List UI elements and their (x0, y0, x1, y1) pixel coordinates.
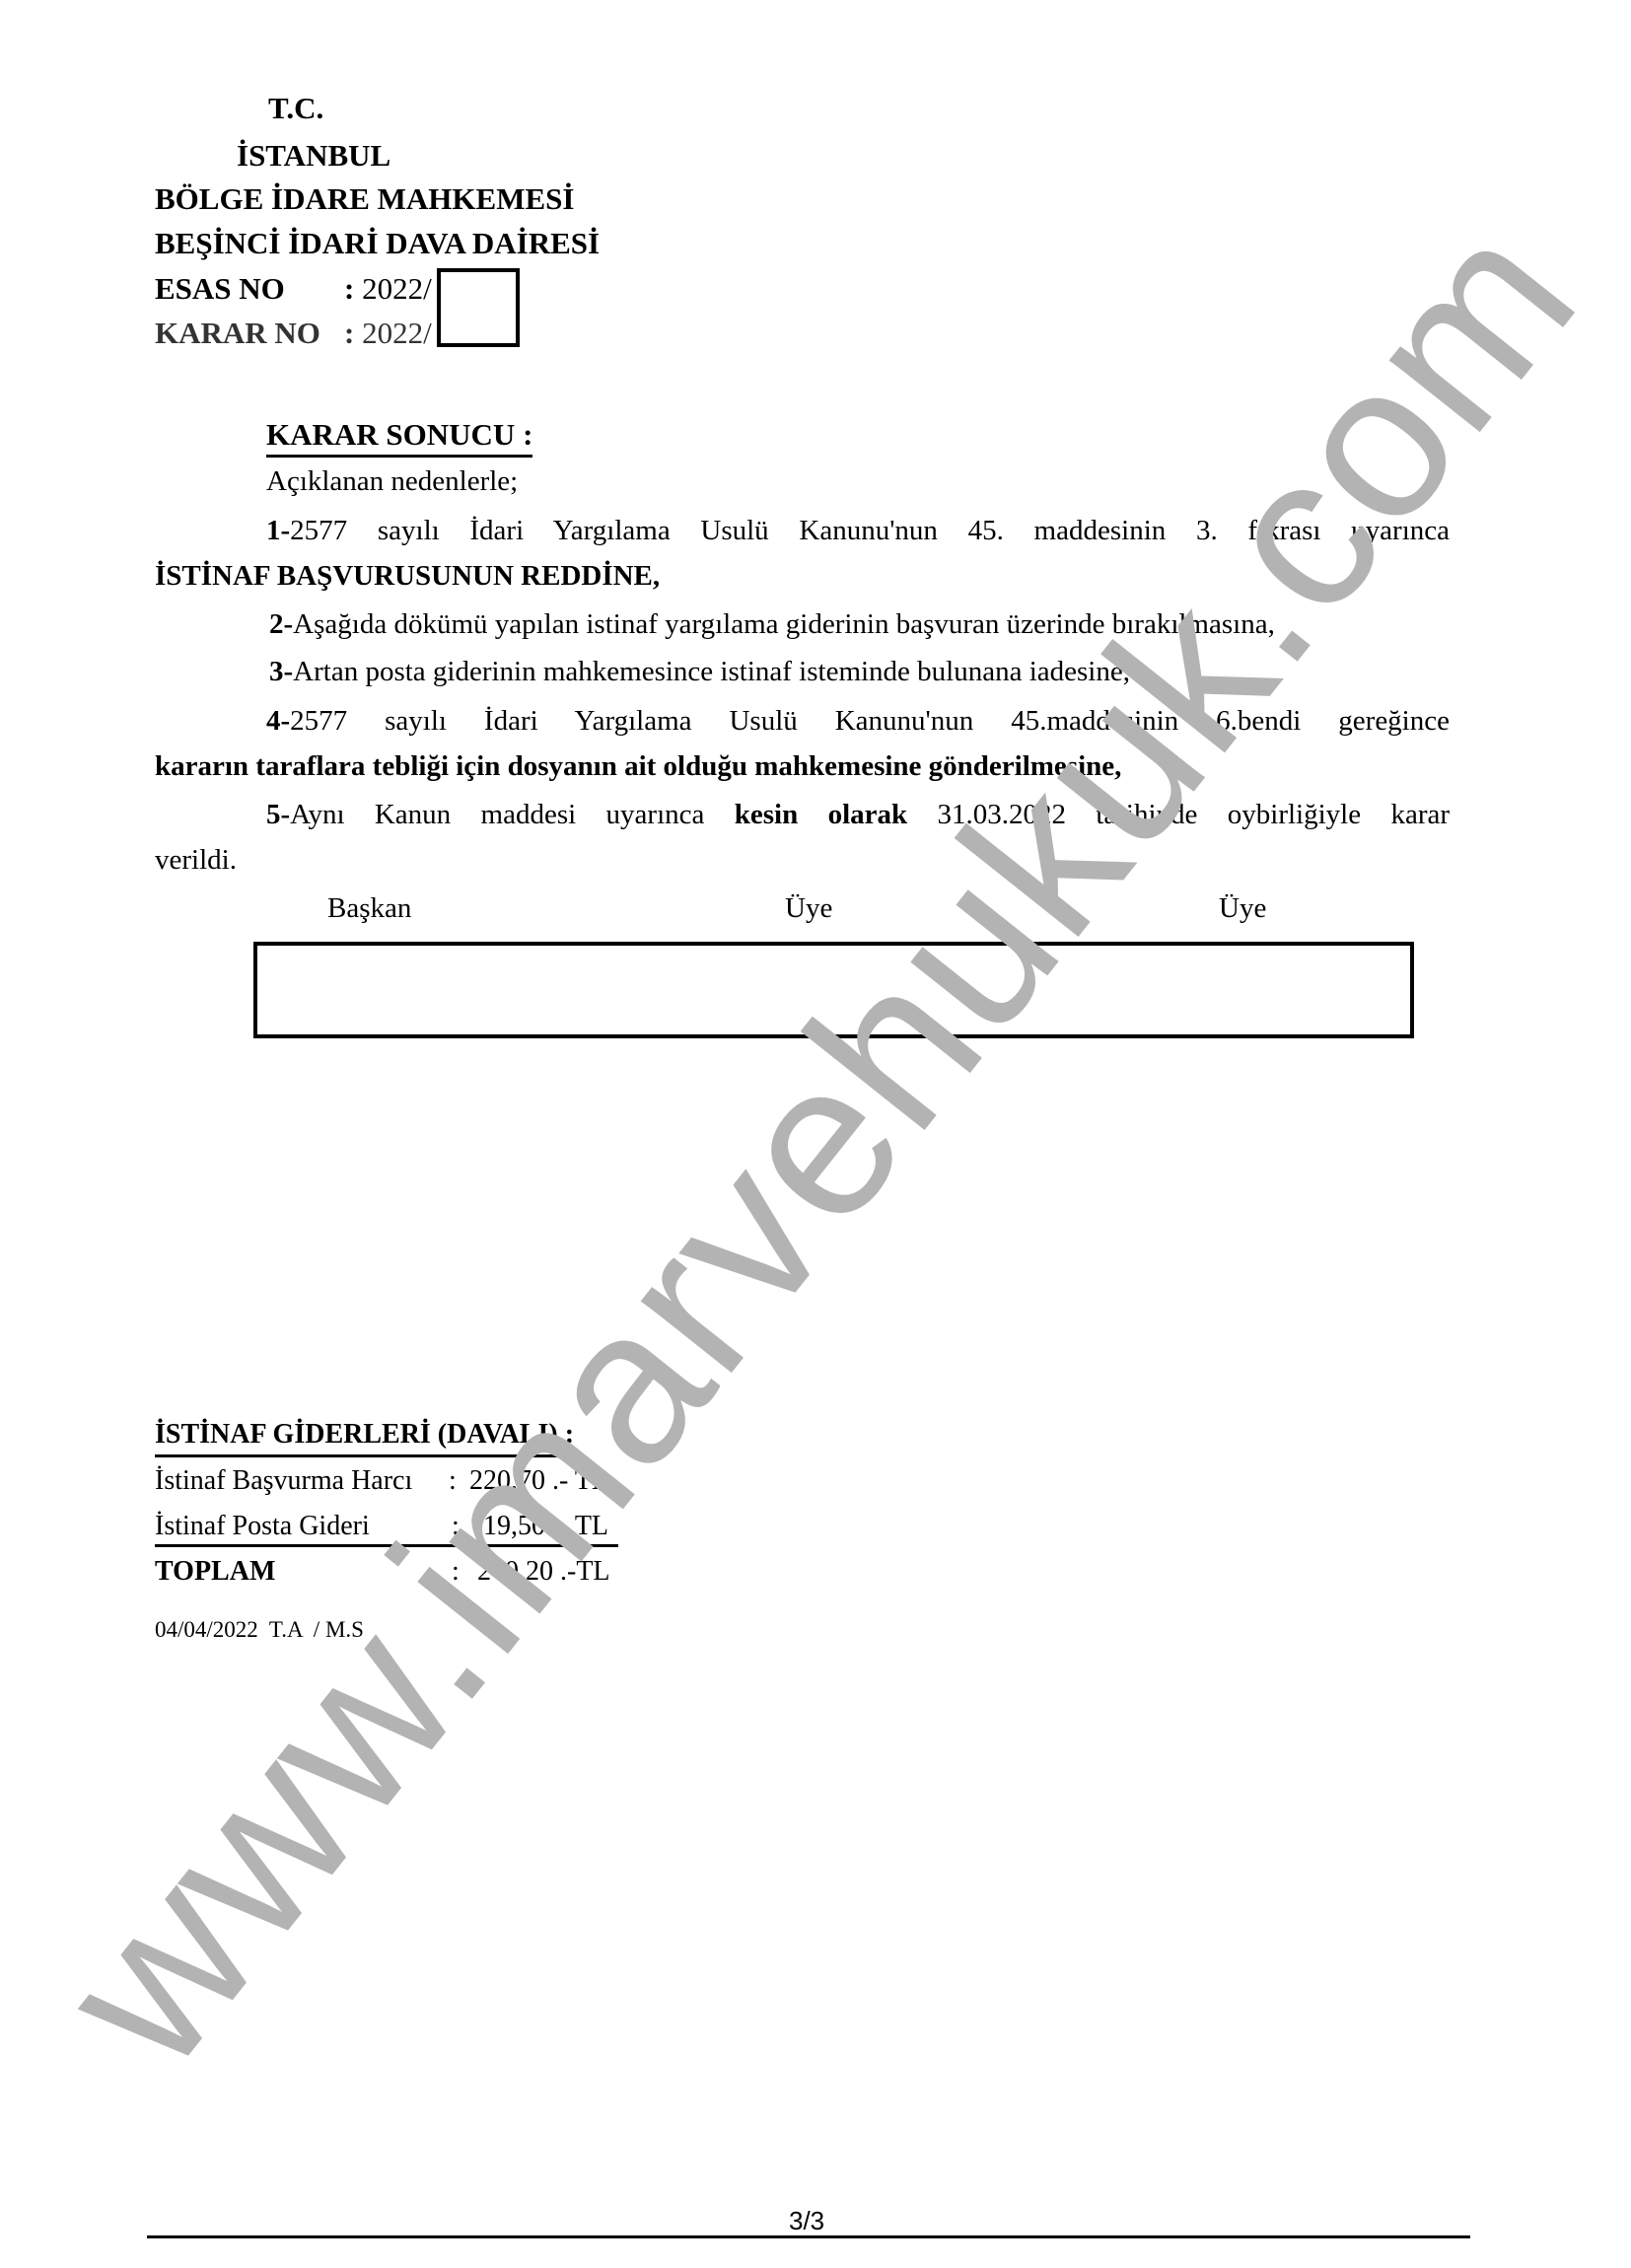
costs-title: İSTİNAF GİDERLERİ (DAVALI) : (155, 1419, 574, 1457)
cost-row-value: 220,70 .- TL (469, 1465, 608, 1497)
cost-row-label: İstinaf Posta Gideri (155, 1511, 370, 1542)
header-city: İSTANBUL (237, 140, 390, 171)
cost-row-sep: : (449, 1465, 457, 1497)
item-number: 1- (266, 515, 290, 546)
header-chamber: BEŞİNCİ İDARİ DAVA DAİRESİ (155, 228, 600, 258)
decision-item-4: 4-2577 sayılı İdari Yargılama Usulü Kanu… (155, 707, 1450, 736)
decision-item-5-cont: verildi. (155, 846, 237, 875)
decision-item-5: 5-Aynı Kanun maddesi uyarınca kesin olar… (155, 801, 1450, 829)
karar-no-value-wrap: : 2022/ (344, 316, 432, 351)
decision-item-3: 3-Artan posta giderinin mahkemesince ist… (269, 658, 1130, 686)
cost-total-value: 240,20 .-TL (477, 1556, 610, 1588)
karar-no-label: KARAR NO (155, 316, 320, 350)
item-text: 31.03.2022 tarihinde oybirliğiyle karar (937, 799, 1450, 830)
esas-no-value: 2022/ (362, 271, 432, 306)
item-number: 3- (269, 656, 293, 687)
signature-member1-label: Üye (785, 894, 832, 923)
header-tc: T.C. (268, 93, 323, 123)
item-text: 2577 sayılı İdari Yargılama Usulü Kanunu… (290, 515, 1450, 546)
item-bold: kesin olarak (735, 799, 907, 830)
signature-member2-label: Üye (1219, 894, 1266, 923)
cost-total-sep: : (452, 1556, 460, 1588)
karar-no-sep: : (344, 316, 354, 350)
esas-no-row: ESAS NO (155, 271, 285, 307)
item-number: 2- (269, 608, 293, 640)
cost-row-sep: : (452, 1511, 460, 1542)
decision-title: KARAR SONUCU : (266, 419, 532, 458)
redaction-box (437, 268, 520, 347)
esas-no-sep: : (344, 271, 354, 306)
item-number: 5- (266, 799, 290, 830)
decision-item-1-bold: İSTİNAF BAŞVURUSUNUN REDDİNE, (155, 562, 660, 591)
signature-president-label: Başkan (327, 894, 411, 923)
decision-item-2: 2-Aşağıda dökümü yapılan istinaf yargıla… (269, 610, 1275, 639)
footer-rule (147, 2235, 1470, 2238)
cost-total-label: TOPLAM (155, 1556, 275, 1588)
watermark-text: www.imarvehukuk.com (12, 176, 1625, 2113)
item-text: 2577 sayılı İdari Yargılama Usulü Kanunu… (290, 705, 1450, 737)
header-court: BÖLGE İDARE MAHKEMESİ (155, 183, 574, 214)
decision-item-1: 1-2577 sayılı İdari Yargılama Usulü Kanu… (155, 517, 1450, 545)
esas-no-value-wrap: : 2022/ (344, 271, 432, 307)
signature-redaction-box (253, 942, 1414, 1038)
decision-intro: Açıklanan nedenlerle; (266, 467, 518, 496)
item-text: Artan posta giderinin mahkemesince istin… (293, 656, 1130, 687)
karar-no-value: 2022/ (362, 316, 432, 350)
decision-item-4-bold: kararın taraflara tebliği için dosyanın … (155, 752, 1121, 781)
karar-no-row: KARAR NO (155, 316, 320, 351)
cost-row-value: 19,50 .- TL (483, 1511, 608, 1542)
costs-divider (155, 1544, 618, 1547)
esas-no-label: ESAS NO (155, 271, 285, 306)
page-number: 3/3 (789, 2206, 824, 2236)
costs-note: 04/04/2022 T.A / M.S (155, 1617, 364, 1643)
cost-row-label: İstinaf Başvurma Harcı (155, 1465, 412, 1497)
item-text: Aynı Kanun maddesi uyarınca (290, 799, 704, 830)
item-number: 4- (266, 705, 290, 737)
item-text: Aşağıda dökümü yapılan istinaf yargılama… (293, 608, 1275, 640)
